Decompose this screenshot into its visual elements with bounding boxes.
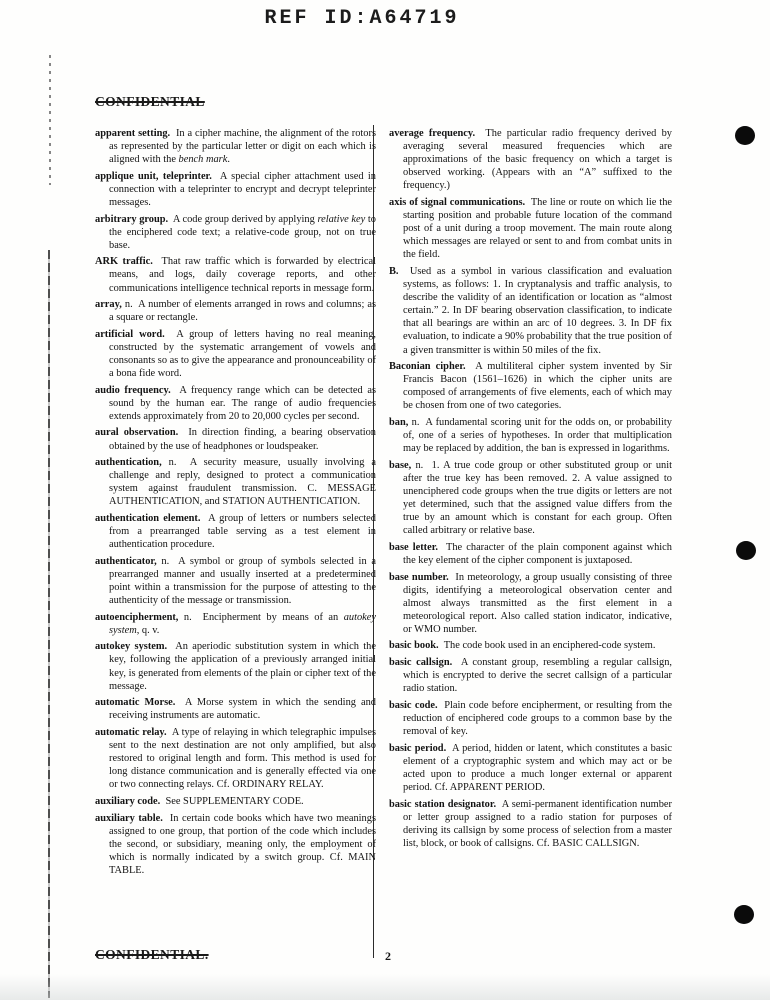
glossary-term: ARK traffic.: [95, 256, 153, 267]
punch-hole: [734, 905, 754, 924]
glossary-term: authentication element.: [95, 513, 200, 524]
glossary-definition: See SUPPLEMENTARY CODE.: [165, 796, 303, 807]
glossary-entry: base number. In meteorology, a group usu…: [389, 571, 672, 636]
glossary-column-right: average frequency. The particular radio …: [389, 127, 672, 853]
glossary-term-suffix: n.: [411, 460, 423, 471]
scan-artifact-line: [48, 250, 50, 998]
glossary-term: average frequency.: [389, 128, 475, 139]
glossary-term: automatic Morse.: [95, 697, 175, 708]
glossary-term: artificial word.: [95, 329, 165, 340]
glossary-entry: applique unit, teleprinter. A special ci…: [95, 170, 376, 209]
glossary-definition: A fundamental scoring unit for the odds …: [403, 417, 672, 454]
glossary-entry: auxiliary code. See SUPPLEMENTARY CODE.: [95, 795, 376, 808]
glossary-entry: ban, n. A fundamental scoring unit for t…: [389, 416, 672, 455]
glossary-term: B.: [389, 266, 399, 277]
glossary-entry: Baconian cipher. A multiliteral cipher s…: [389, 360, 672, 412]
glossary-definition: Used as a symbol in various classificati…: [403, 266, 672, 356]
glossary-term: automatic relay.: [95, 727, 167, 738]
glossary-entry: array, n. A number of elements arranged …: [95, 298, 376, 324]
glossary-term: autoencipherment,: [95, 612, 178, 623]
glossary-term-suffix: n.: [157, 556, 170, 567]
glossary-term: audio frequency.: [95, 385, 171, 396]
glossary-entry: average frequency. The particular radio …: [389, 127, 672, 192]
glossary-entry: arbitrary group. A code group derived by…: [95, 213, 376, 252]
glossary-term-suffix: n.: [408, 417, 419, 428]
glossary-definition: 1. A true code group or other substitute…: [403, 460, 672, 536]
glossary-term: basic station designator.: [389, 799, 496, 810]
glossary-entry: axis of signal communications. The line …: [389, 196, 672, 261]
glossary-entry: aural observation. In direction finding,…: [95, 426, 376, 452]
glossary-term: Baconian cipher.: [389, 361, 466, 372]
glossary-term: autokey system.: [95, 641, 167, 652]
ref-id-header: REF ID:A64719: [0, 7, 724, 30]
glossary-term: basic period.: [389, 743, 446, 754]
glossary-term: apparent setting.: [95, 128, 170, 139]
glossary-entry: base letter. The character of the plain …: [389, 541, 672, 567]
glossary-term: base letter.: [389, 542, 438, 553]
glossary-term: basic code.: [389, 700, 438, 711]
classification-banner-bottom: CONFIDENTIAL.: [95, 947, 209, 963]
glossary-column-left: apparent setting. In a cipher machine, t…: [95, 127, 376, 880]
punch-hole: [735, 126, 755, 145]
glossary-entry: automatic Morse. A Morse system in which…: [95, 696, 376, 722]
glossary-entry: basic period. A period, hidden or latent…: [389, 742, 672, 794]
glossary-entry: apparent setting. In a cipher machine, t…: [95, 127, 376, 166]
glossary-entry: autoencipherment, n. Encipherment by mea…: [95, 611, 376, 637]
punch-hole: [736, 541, 756, 560]
glossary-term-suffix: n.: [122, 299, 133, 310]
classification-banner-top: CONFIDENTIAL: [95, 94, 205, 110]
glossary-entry: basic callsign. A constant group, resemb…: [389, 656, 672, 695]
glossary-term: array,: [95, 299, 122, 310]
page-number: 2: [385, 949, 391, 964]
glossary-entry: basic station designator. A semi-permane…: [389, 798, 672, 850]
glossary-term: applique unit, teleprinter.: [95, 171, 212, 182]
glossary-term: authenticator,: [95, 556, 157, 567]
glossary-entry: base, n. 1. A true code group or other s…: [389, 459, 672, 538]
glossary-entry: ARK traffic. That raw traffic which is f…: [95, 255, 376, 294]
glossary-entry: artificial word. A group of letters havi…: [95, 328, 376, 380]
glossary-entry: audio frequency. A frequency range which…: [95, 384, 376, 423]
glossary-entry: automatic relay. A type of relaying in w…: [95, 726, 376, 791]
glossary-term-suffix: n.: [178, 612, 191, 623]
glossary-entry: authentication element. A group of lette…: [95, 512, 376, 551]
scan-artifact-line: [49, 55, 51, 185]
document-page: REF ID:A64719 CONFIDENTIAL apparent sett…: [0, 0, 770, 1000]
glossary-entry: auxiliary table. In certain code books w…: [95, 812, 376, 877]
glossary-definition: The character of the plain component aga…: [403, 542, 672, 566]
glossary-term: axis of signal communications.: [389, 197, 525, 208]
glossary-entry: B. Used as a symbol in various classific…: [389, 265, 672, 357]
glossary-term: auxiliary code.: [95, 796, 160, 807]
glossary-definition: The code book used in an enciphered-code…: [444, 640, 656, 651]
glossary-term: basic callsign.: [389, 657, 452, 668]
glossary-entry: autokey system. An aperiodic substitutio…: [95, 640, 376, 692]
glossary-term: ban,: [389, 417, 408, 428]
glossary-term: aural observation.: [95, 427, 178, 438]
glossary-term: base,: [389, 460, 411, 471]
glossary-term: arbitrary group.: [95, 214, 168, 225]
glossary-term: authentication,: [95, 457, 162, 468]
glossary-term: auxiliary table.: [95, 813, 163, 824]
glossary-entry: authentication, n. A security measure, u…: [95, 456, 376, 508]
glossary-definition: A number of elements arranged in rows an…: [109, 299, 376, 323]
glossary-term: base number.: [389, 572, 449, 583]
glossary-entry: basic code. Plain code before encipherme…: [389, 699, 672, 738]
glossary-term: basic book.: [389, 640, 439, 651]
glossary-entry: basic book. The code book used in an enc…: [389, 639, 672, 652]
glossary-definition: Plain code before encipherment, or resul…: [403, 700, 672, 737]
scan-edge-shade: [0, 974, 770, 1000]
glossary-term-suffix: n.: [162, 457, 177, 468]
glossary-entry: authenticator, n. A symbol or group of s…: [95, 555, 376, 607]
